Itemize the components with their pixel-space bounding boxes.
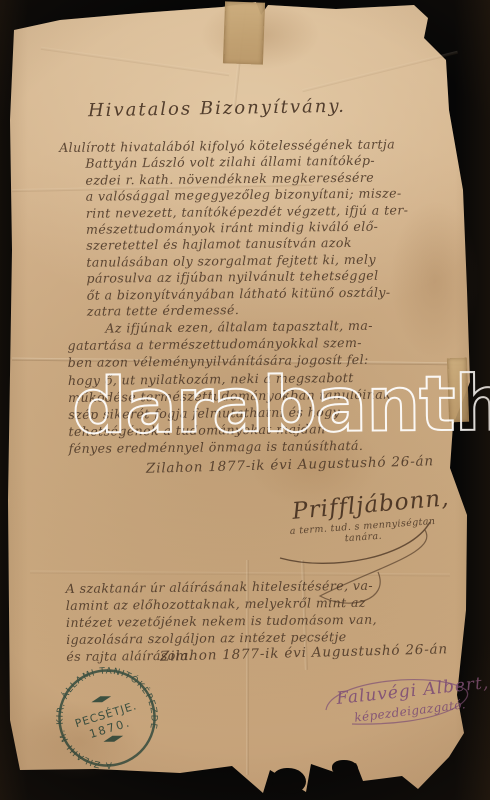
document-title: Hivatalos Bizonyítvány. — [88, 96, 346, 121]
paragraph-2: Az ifjúnak ezen, általam tapasztalt, ma-… — [67, 316, 448, 458]
tape-repair-right — [447, 358, 469, 423]
paper-hole-bottom-center — [272, 768, 306, 794]
photo-stage: Hivatalos Bizonyítvány. Alulírott hivata… — [0, 0, 490, 800]
stamp-ornament-top-icon — [90, 693, 112, 705]
paper-hole-bottom-right — [332, 760, 358, 776]
tape-repair-top — [223, 1, 265, 64]
paragraph-1: Alulírott hivatalából kifolyó kötelesség… — [59, 136, 439, 320]
